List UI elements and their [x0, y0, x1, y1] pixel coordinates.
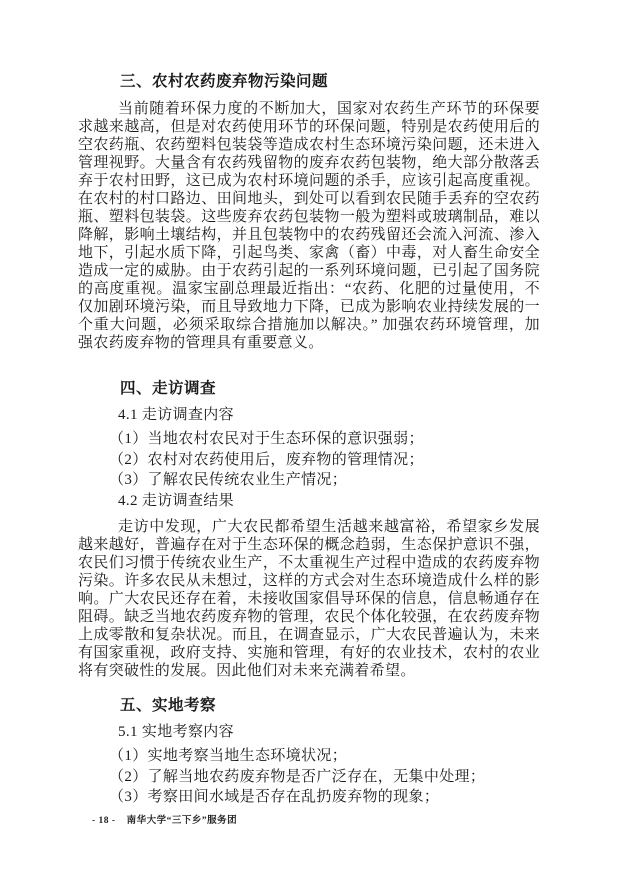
page-number: - 18 -: [92, 816, 116, 826]
section-heading-interview-survey: 四、走访调查: [78, 379, 540, 399]
subsection-title-field-content: 5.1 实地考察内容: [78, 723, 540, 741]
document-page: 三、农村农药废弃物污染问题 当前随着环保力度的不断加大，国家对农药生产环节的环保…: [0, 0, 620, 877]
paragraph-interview-results: 走访中发现，广大农民都希望生活越来越富裕，希望家乡发展越来越好，普遍存在对于生态…: [78, 518, 540, 680]
list-item: （2）了解当地农药废弃物是否广泛存在，无集中处理；: [78, 768, 540, 786]
list-item: （3）了解农民传统农业生产情况；: [78, 471, 540, 489]
footer-organization-label: 南华大学“三下乡”服务团: [127, 812, 238, 826]
numbered-list-interview-content: （1）当地农村农民对于生态环保的意识强弱； （2）农村对农药使用后，废弃物的管理…: [78, 430, 540, 489]
paragraph-pollution-problem: 当前随着环保力度的不断加大，国家对农药生产环节的环保要求越来越高，但是对农药使用…: [78, 100, 540, 352]
list-item: （1）当地农村农民对于生态环保的意识强弱；: [78, 430, 540, 448]
list-item: （3）考察田间水域是否存在乱扔废弃物的现象；: [78, 788, 540, 806]
section-heading-field-investigation: 五、实地考察: [78, 696, 540, 716]
numbered-list-field-content: （1）实地考察当地生态环境状况； （2）了解当地农药废弃物是否广泛存在，无集中处…: [78, 747, 540, 806]
list-item: （1）实地考察当地生态环境状况；: [78, 747, 540, 765]
subsection-title-interview-results: 4.2 走访调查结果: [78, 492, 540, 510]
list-item: （2）农村对农药使用后，废弃物的管理情况；: [78, 451, 540, 469]
subsection-title-interview-content: 4.1 走访调查内容: [78, 406, 540, 424]
section-heading-pollution-problem: 三、农村农药废弃物污染问题: [78, 72, 540, 92]
page-footer: - 18 - 南华大学“三下乡”服务团: [92, 812, 237, 826]
